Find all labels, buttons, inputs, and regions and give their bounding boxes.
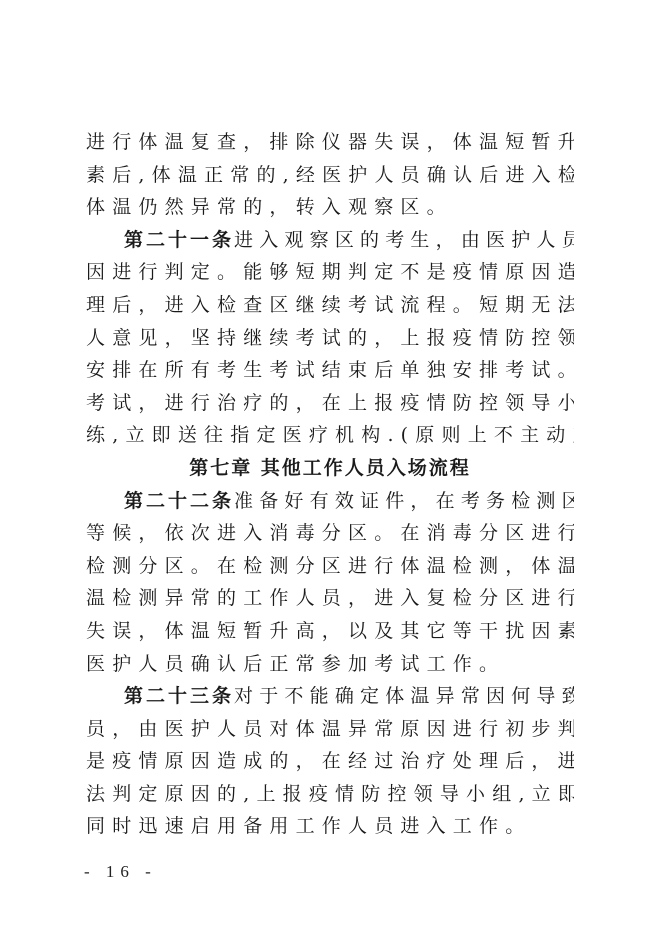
text-line: 理后，进入检查区继续考试流程。短期无法判定原因的，征求本 [86,289,574,322]
article-21-label: 第二十一条 [124,229,234,251]
text-line: 素后,体温正常的,经医护人员确认后进入检查区继续考试流程。 [86,159,574,192]
text-line: 进行体温复查，排除仪器失误，体温短暂升高，以及其它干扰因 [86,126,574,159]
text-line: 医护人员确认后正常参加考试工作。 [86,648,574,681]
text-line: 人意见，坚持继续考试的，上报疫情防控领导小组，经同意后， [86,322,574,355]
document-page: 进行体温复查，排除仪器失误，体温短暂升高，以及其它干扰因 素后,体温正常的,经医… [86,126,574,843]
article-22-first-line: 第二十二条准备好有效证件，在考务检测区候检分区排队 [86,485,574,518]
article-23-label: 第二十三条 [124,685,234,707]
article-21-text: 进入观察区的考生，由医护人员对体温异常原 [234,229,574,251]
text-line: 是疫情原因造成的，在经过治疗处理后，进入工作流程。短期无 [86,745,574,778]
text-line: 等候，依次进入消毒分区。在消毒分区进行自主消毒，然后进入 [86,517,574,550]
article-22-text: 准备好有效证件，在考务检测区候检分区排队 [234,490,574,512]
page-number: - 16 - [84,862,157,882]
text-line: 失误，体温短暂升高，以及其它等干扰因素后，体温正常的，经 [86,615,574,648]
article-23-first-line: 第二十三条对于不能确定体温异常因何导致的考试工作人 [86,680,574,713]
text-line: 安排在所有考生考试结束后单独安排考试。病情严重，愿意放弃 [86,354,574,387]
text-line: 体温仍然异常的，转入观察区。 [86,191,574,224]
text-line: 法判定原因的,上报疫情防控领导小组,立即送往指定医疗机构, [86,778,574,811]
text-line: 检测分区。在检测分区进行体温检测，体温正常的进入考场。体 [86,550,574,583]
text-line: 员，由医护人员对体温异常原因进行初步判定。能够短期判定不 [86,713,574,746]
text-line: 考试，进行治疗的，在上报疫情防控领导小组后，通知家属或教 [86,387,574,420]
article-23-text: 对于不能确定体温异常因何导致的考试工作人 [234,685,574,707]
text-line: 练,立即送往指定医疗机构.(原则上不主动劝阻考生放弃考试)。 [86,419,574,452]
text-line: 温检测异常的工作人员，进入复检分区进行体温复测，排除仪器 [86,582,574,615]
text-line: 同时迅速启用备用工作人员进入工作。 [86,810,574,843]
article-21-first-line: 第二十一条进入观察区的考生，由医护人员对体温异常原 [86,224,574,257]
article-22-label: 第二十二条 [124,490,234,512]
chapter-heading: 第七章 其他工作人员入场流程 [86,452,574,485]
text-line: 因进行判定。能够短期判定不是疫情原因造成的，在经过治疗处 [86,256,574,289]
